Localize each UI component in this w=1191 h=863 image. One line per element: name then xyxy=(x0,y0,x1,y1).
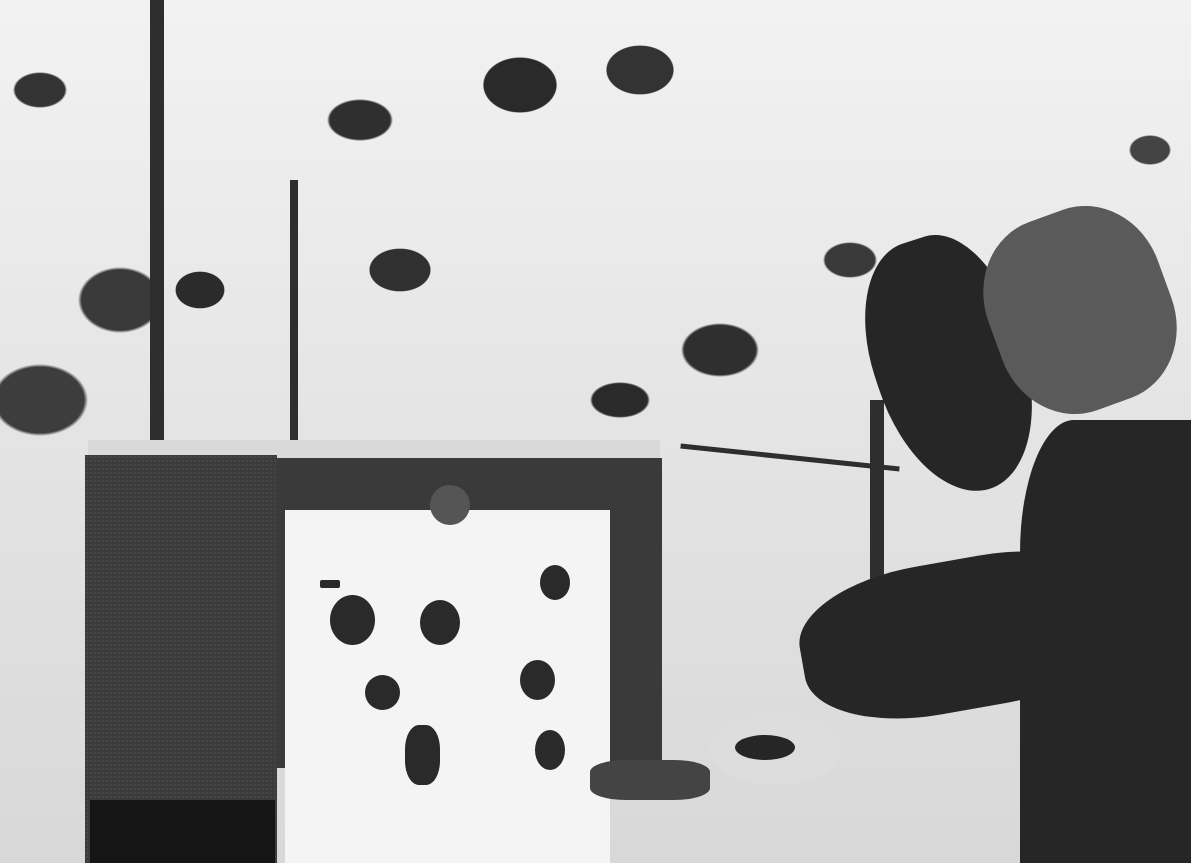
knob-icon xyxy=(540,565,570,600)
knob-icon xyxy=(535,730,565,770)
tree-trunk xyxy=(150,0,164,440)
knob-icon xyxy=(405,725,440,785)
control-panel xyxy=(285,510,610,863)
tree-trunk xyxy=(290,180,298,440)
knob-icon xyxy=(330,595,375,645)
tree-branch xyxy=(680,444,899,472)
operator-hand-shadow xyxy=(735,735,795,760)
tree-branch xyxy=(870,400,884,590)
photo-scene xyxy=(0,0,1191,863)
equipment-box-shadow xyxy=(90,800,275,863)
device-base xyxy=(590,760,710,800)
knob-icon xyxy=(365,675,400,710)
knob-icon xyxy=(420,600,460,645)
knob-icon xyxy=(430,485,470,525)
knob-icon xyxy=(320,580,340,588)
knob-icon xyxy=(520,660,555,700)
